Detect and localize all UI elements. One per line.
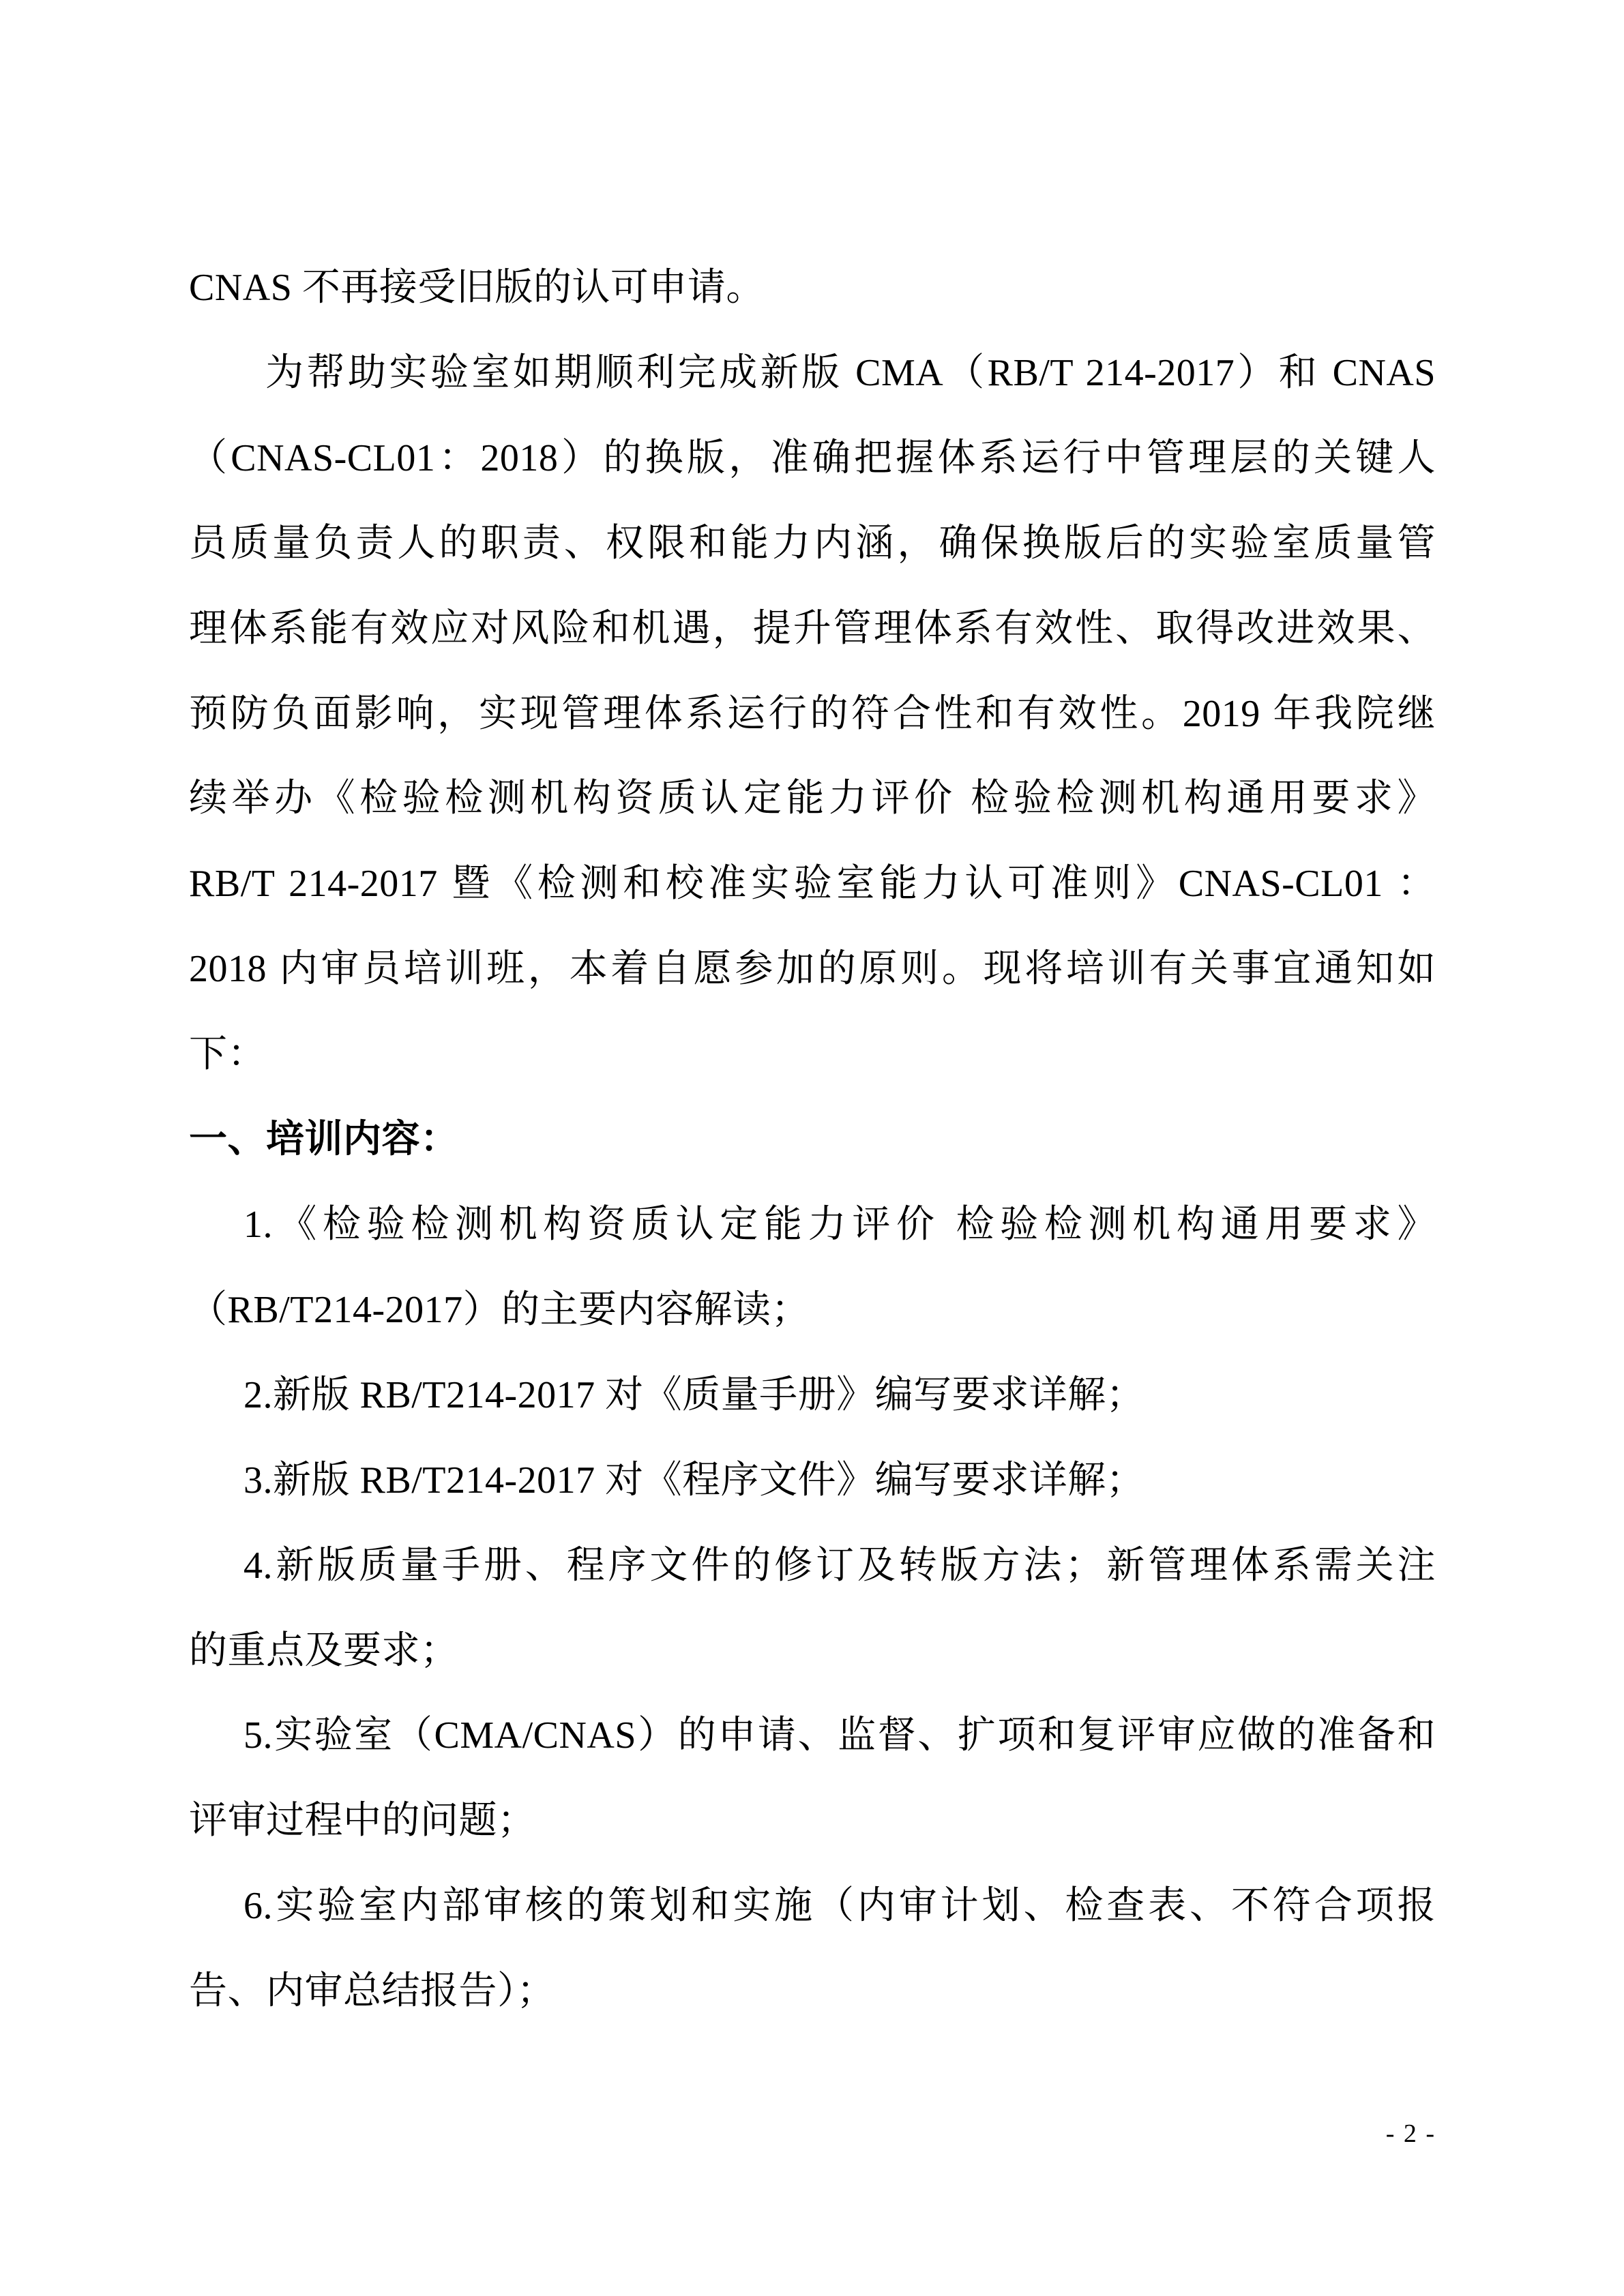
section-heading-training-content: 一、培训内容：: [189, 1097, 1436, 1182]
list-item-3: 3.新版 RB/T214-2017 对《程序文件》编写要求详解；: [189, 1438, 1436, 1523]
text-line: RB/T 214-2017 暨《检测和校准实验室能力认可准则》CNAS-CL01…: [189, 841, 1436, 927]
list-item-5-continuation: 评审过程中的问题；: [189, 1778, 1436, 1864]
document-page: CNAS 不再接受旧版的认可申请。 为帮助实验室如期顺利完成新版 CMA（RB/…: [0, 0, 1624, 2296]
text-line: 为帮助实验室如期顺利完成新版 CMA（RB/T 214-2017）和 CNAS: [189, 331, 1436, 416]
text-line: 2018 内审员培训班，本着自愿参加的原则。现将培训有关事宜通知如: [189, 927, 1436, 1012]
list-item-5: 5.实验室（CMA/CNAS）的申请、监督、扩项和复评审应做的准备和: [189, 1693, 1436, 1778]
text-line: 预防负面影响，实现管理体系运行的符合性和有效性。2019 年我院继: [189, 672, 1436, 757]
list-item-4-continuation: 的重点及要求；: [189, 1609, 1436, 1694]
page-number: - 2 -: [1386, 2118, 1436, 2149]
document-body-text: CNAS 不再接受旧版的认可申请。 为帮助实验室如期顺利完成新版 CMA（RB/…: [189, 245, 1436, 2034]
text-line: CNAS 不再接受旧版的认可申请。: [189, 245, 1436, 331]
text-line: （CNAS-CL01：2018）的换版，准确把握体系运行中管理层的关键人: [189, 416, 1436, 501]
list-item-1: 1.《检验检测机构资质认定能力评价 检验检测机构通用要求》: [189, 1182, 1436, 1268]
list-item-6-continuation: 告、内审总结报告）；: [189, 1949, 1436, 2034]
list-item-1-continuation: （RB/T214-2017）的主要内容解读；: [189, 1268, 1436, 1353]
text-line: 下：: [189, 1012, 1436, 1097]
text-line: 续举办《检验检测机构资质认定能力评价 检验检测机构通用要求》: [189, 756, 1436, 841]
list-item-4: 4.新版质量手册、程序文件的修订及转版方法；新管理体系需关注: [189, 1523, 1436, 1609]
text-line: 理体系能有效应对风险和机遇，提升管理体系有效性、取得改进效果、: [189, 586, 1436, 672]
text-line: 员质量负责人的职责、权限和能力内涵，确保换版后的实验室质量管: [189, 501, 1436, 586]
list-item-2: 2.新版 RB/T214-2017 对《质量手册》编写要求详解；: [189, 1353, 1436, 1438]
list-item-6: 6.实验室内部审核的策划和实施（内审计划、检查表、不符合项报: [189, 1864, 1436, 1949]
